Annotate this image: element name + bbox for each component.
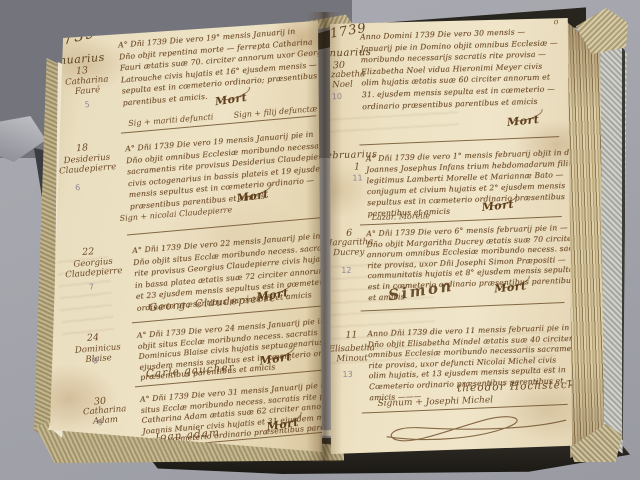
margin-day: 1 <box>354 161 360 172</box>
margin-name: Desiderius Claudepierre <box>55 152 120 177</box>
entry-divider-rule <box>359 136 559 145</box>
folio-pencil-number: 12 <box>341 266 351 275</box>
right-page-content: o 1739 Januarius 30 Elizabetha Noel 10 A… <box>315 1 585 465</box>
archive-scan: 1739 Januarius 13 Catharina Fauré 5 A° D… <box>0 0 640 480</box>
book-gutter-shadow <box>306 12 342 462</box>
margin-day: 24 <box>87 332 100 344</box>
folio-pencil-number: 6 <box>75 183 81 192</box>
witness-signature: Lazar. Morelle <box>372 211 431 222</box>
margin-day: 22 <box>82 246 95 258</box>
margin-name: Dominicus Blaise <box>66 342 131 367</box>
entry-body: Anno Domini 1739 Die vero 30 mensis — Ja… <box>360 25 560 112</box>
flourish <box>380 409 571 447</box>
officiant-signature: Mort <box>494 279 531 289</box>
margin-day: 11 <box>345 330 357 341</box>
margin-day: 18 <box>76 142 89 154</box>
margin-name: Catharina Adam <box>72 403 137 428</box>
folio-pencil-number: 7 <box>89 282 95 291</box>
folio-pencil-number: 5 <box>84 100 90 109</box>
officiant-name: Mort <box>236 187 270 205</box>
margin-name: Catharina Fauré <box>55 74 120 99</box>
officiant-name: Mort <box>506 113 540 129</box>
officiant-signature: Mort <box>481 197 518 207</box>
left-page-content: 1739 Januarius 13 Catharina Fauré 5 A° D… <box>21 0 348 464</box>
folio-pencil-number: 11 <box>352 173 362 182</box>
entry-body: A° Dñi 1739 die vero 1° mensis februarij… <box>366 147 581 220</box>
right-page: o 1739 Januarius 30 Elizabetha Noel 10 A… <box>322 8 578 464</box>
left-page: 1739 Januarius 13 Catharina Fauré 5 A° D… <box>40 10 332 462</box>
folio-pencil-number: 8 <box>92 356 98 365</box>
officiant-name: Mort <box>214 91 248 109</box>
officiant-signature: Mort <box>506 112 543 122</box>
folio-pencil-number: 13 <box>342 370 352 379</box>
margin-name: Georgius Claudepierre <box>61 256 126 281</box>
folio-pencil-number: 9 <box>97 418 103 427</box>
